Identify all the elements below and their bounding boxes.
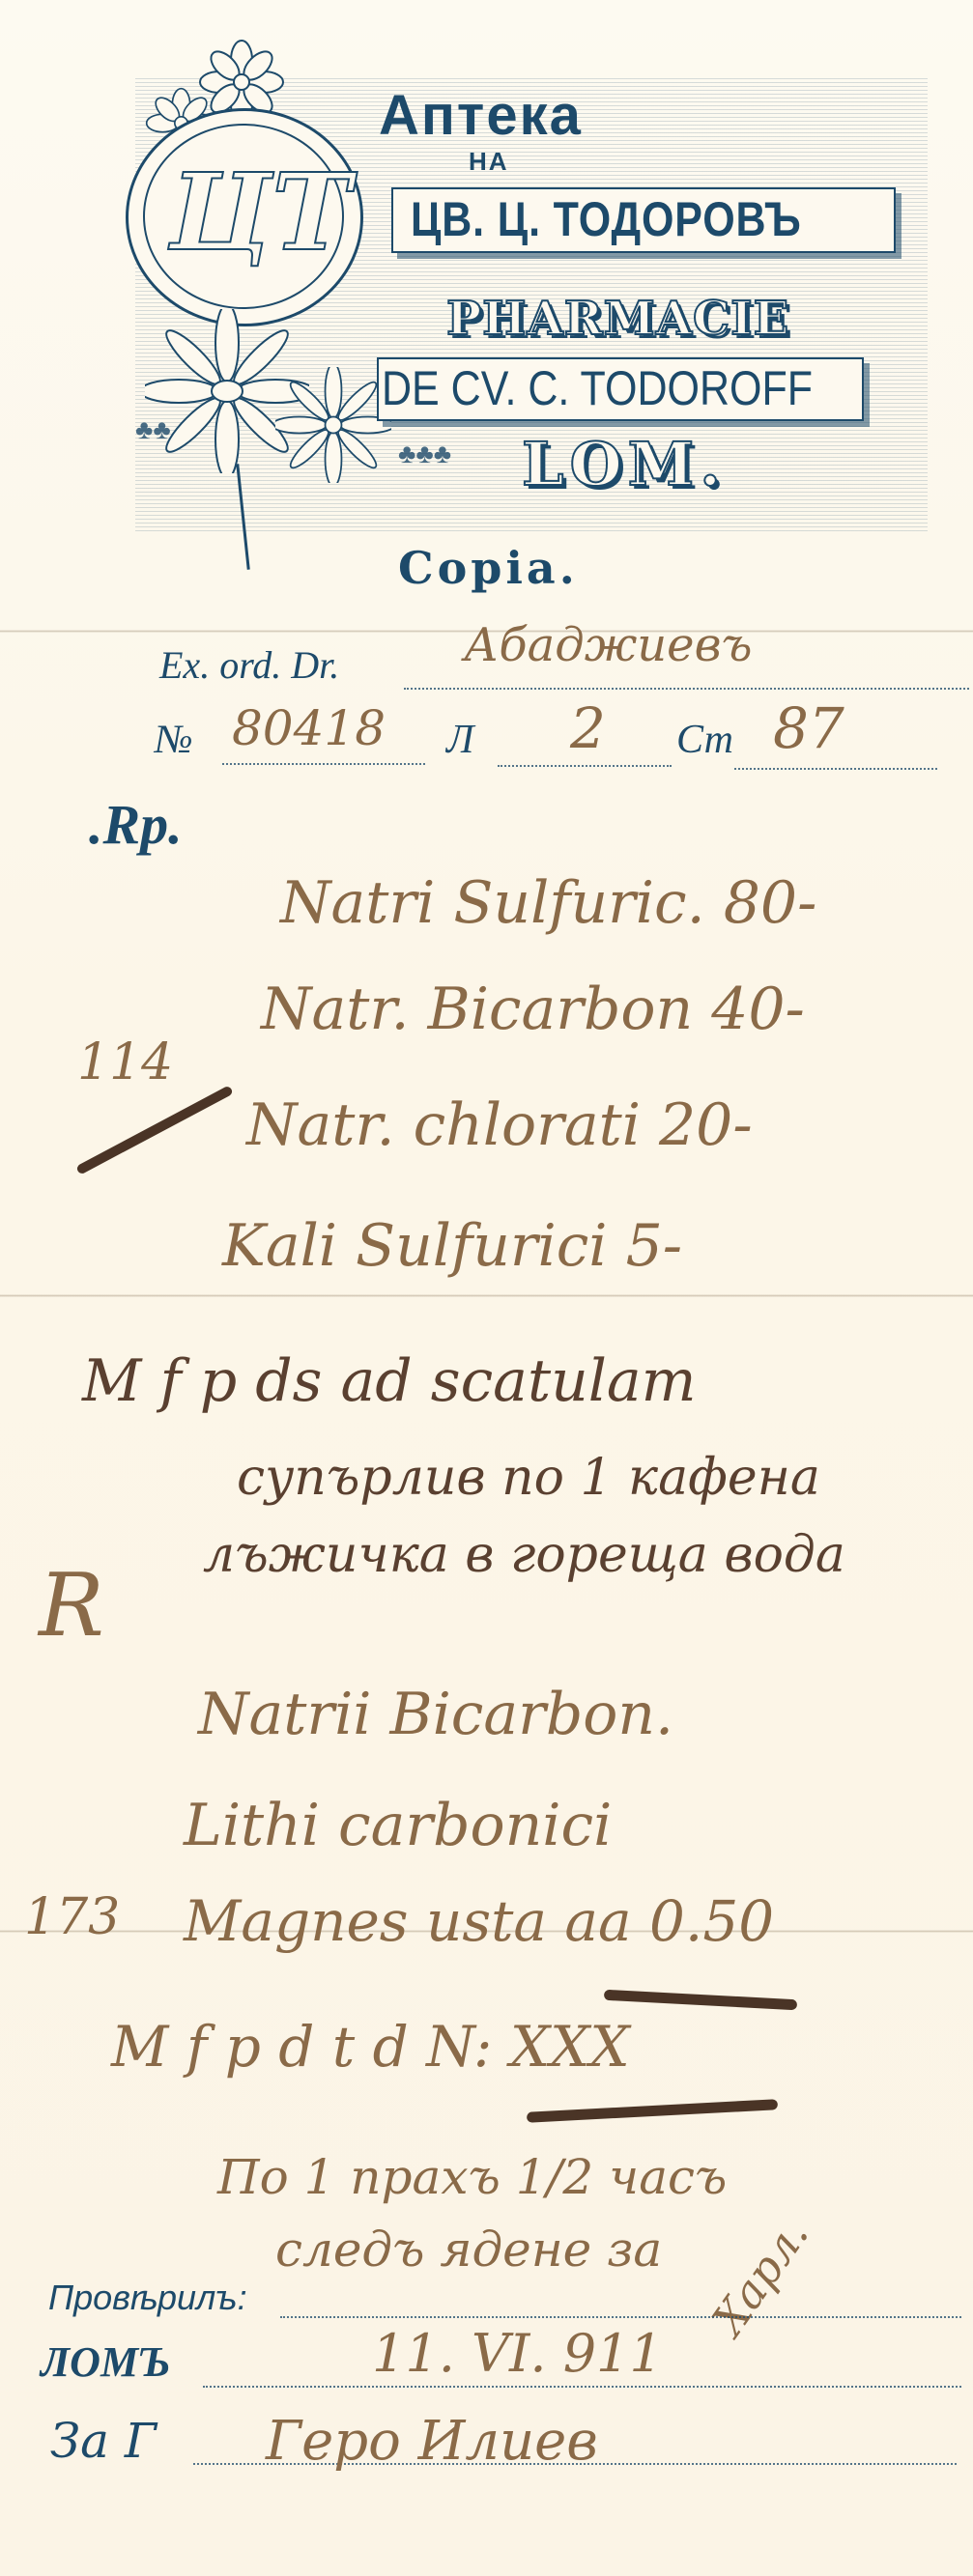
date-value: 11. VI. 911 <box>372 2323 663 2384</box>
club-ornament-icon: ♣♣♣ <box>398 439 451 470</box>
st-label: Ст <box>676 717 733 763</box>
margin-note: 173 <box>24 1888 120 1946</box>
pharmacy-title-bg: Аптека <box>379 85 583 147</box>
city-title: LOM. <box>522 433 727 496</box>
rx-line: супърлив по 1 кафена <box>237 1449 820 1507</box>
l-label: Л <box>446 717 473 763</box>
ex-ord-label: Ex. ord. Dr. <box>159 642 339 688</box>
st-value: 87 <box>773 695 844 761</box>
dotted-line <box>734 768 937 770</box>
daisy-icon <box>275 367 391 483</box>
rx-line: По 1 прахъ 1/2 часъ <box>217 2149 727 2205</box>
club-ornament-icon: ♣♣ <box>135 415 171 446</box>
l-value: 2 <box>570 695 606 761</box>
dotted-line <box>498 765 672 767</box>
checked-label: Провѣрилъ: <box>48 2278 247 2318</box>
monogram-text: ЦТ <box>169 145 314 280</box>
dotted-line <box>222 763 425 765</box>
dotted-line <box>203 2386 961 2388</box>
owner-name-fr: DE CV. C. TODOROFF <box>382 361 847 415</box>
preposition-bg: на <box>469 147 509 176</box>
city-label: ЛОМЪ <box>41 2337 171 2387</box>
for-label: За Г <box>50 2413 157 2469</box>
margin-note: R <box>39 1555 104 1656</box>
rx-line: Magnes usta aa 0.50 <box>184 1888 774 1954</box>
rx-line: Natr. Bicarbon 40- <box>261 976 805 1043</box>
copy-label: Copia. <box>398 541 579 595</box>
patient-name: Геро Илиев <box>266 2410 598 2473</box>
rx-line: Natr. chlorati 20- <box>246 1091 753 1159</box>
rx-line: следъ ядене за <box>275 2222 662 2278</box>
rx-line: Kali Sulfurici 5- <box>222 1212 682 1280</box>
rx-line: Natri Sulfuric. 80- <box>280 869 816 937</box>
dotted-line <box>404 688 969 690</box>
doctor-name: Абаджиевъ <box>464 618 753 672</box>
rx-line: лъжичка в гореща вода <box>203 1526 845 1584</box>
paper-fold <box>0 1294 973 1297</box>
rx-line: M f p d t d N: XXX <box>111 2014 630 2080</box>
owner-name-bg: ЦВ. Ц. ТОДОРОВЪ <box>411 191 810 247</box>
margin-note: 114 <box>77 1033 173 1091</box>
number-value: 80418 <box>232 700 386 756</box>
pharmacy-title-fr: PHARMACIE <box>446 290 789 348</box>
rp-label: .Rp. <box>89 792 183 857</box>
rx-line: M f p ds ad scatulam <box>82 1347 697 1415</box>
dotted-line <box>280 2316 961 2318</box>
number-label: № <box>155 717 193 763</box>
rx-line: Lithi carbonici <box>184 1792 612 1859</box>
rx-line: Natrii Bicarbon. <box>198 1681 673 1748</box>
